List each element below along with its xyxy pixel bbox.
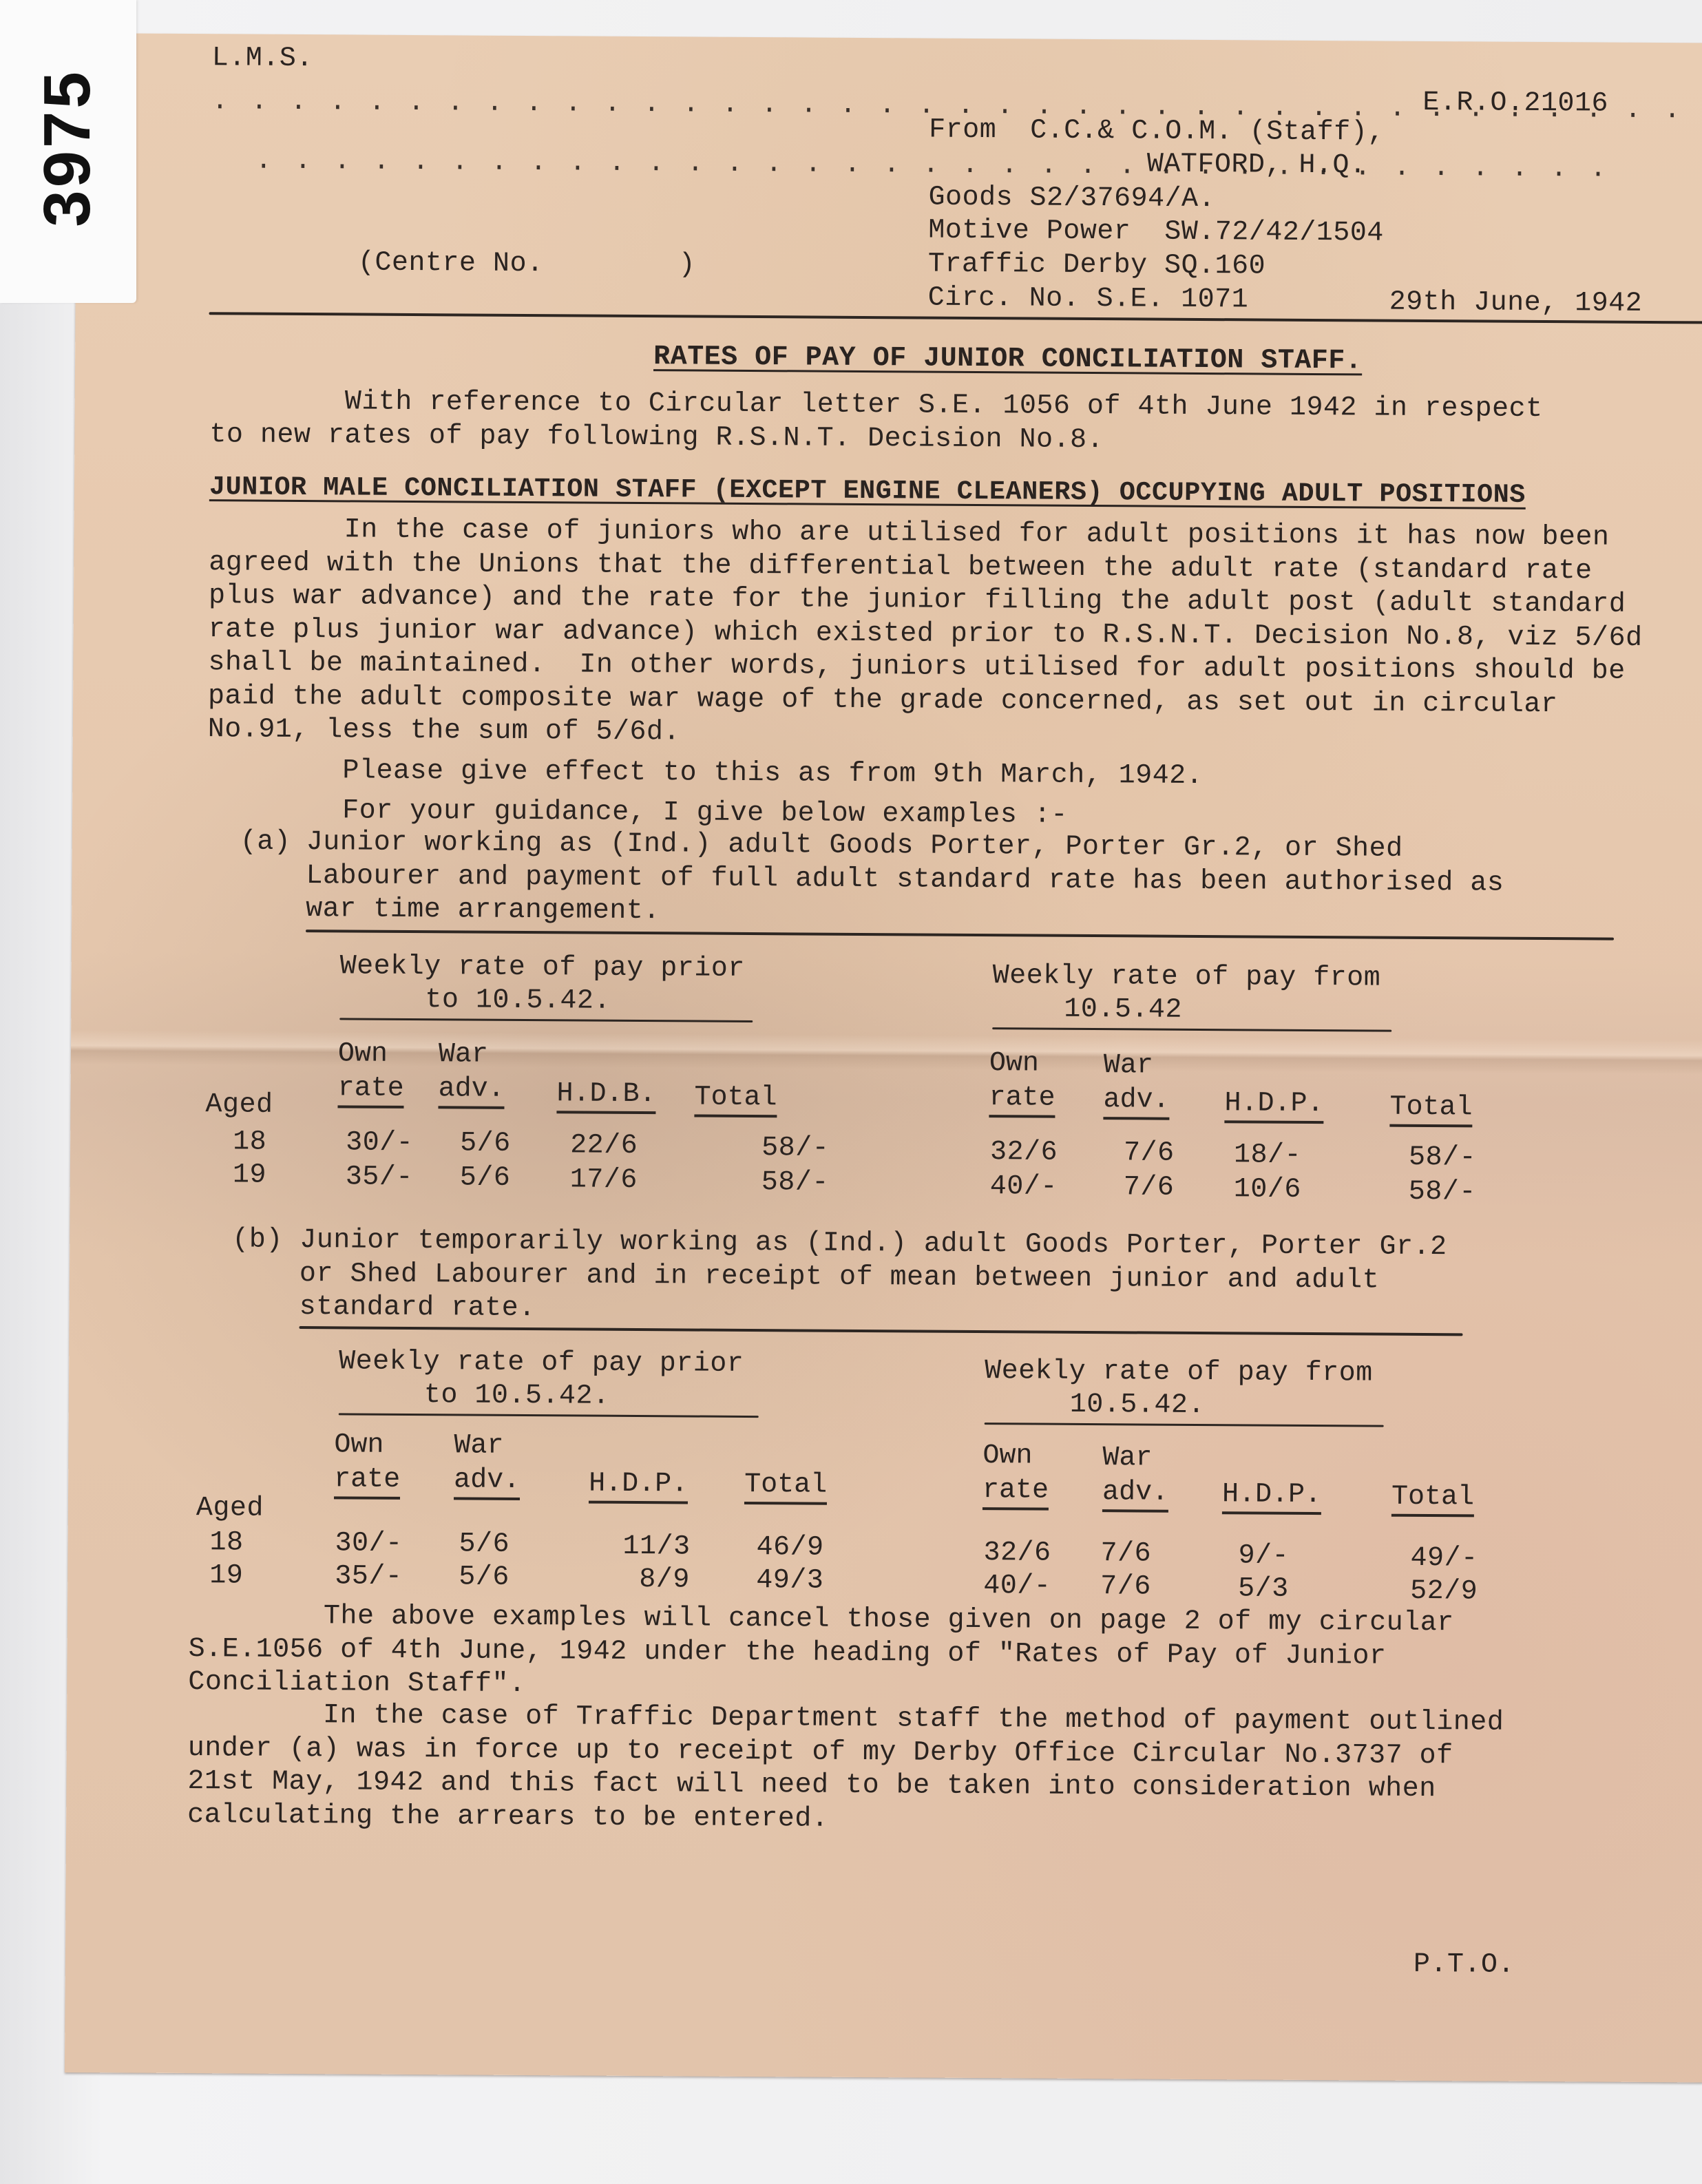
- example-b-description: Junior temporarily working as (Ind.) adu…: [300, 1224, 1447, 1332]
- table-cell: 7/6: [1100, 1571, 1151, 1604]
- body-line: paid the adult composite war wage of the…: [208, 681, 1558, 720]
- column-header: H.D.P.: [1222, 1479, 1321, 1515]
- example-b-line: standard rate.: [300, 1292, 536, 1324]
- catalogue-number: 3975: [30, 69, 105, 227]
- column-header: Own: [989, 1048, 1039, 1079]
- table-b-prior-col-own-rate: Own rate: [334, 1428, 401, 1498]
- table-cell: 8/9: [639, 1564, 690, 1597]
- table-b-from-heading-1: Weekly rate of pay from: [985, 1355, 1373, 1390]
- table-b-prior-col-war-adv: War adv.: [454, 1429, 521, 1498]
- example-a-line: Labourer and payment of full adult stand…: [306, 861, 1504, 899]
- body-paragraph: In the case of juniors who are utilised …: [208, 513, 1643, 755]
- table-a-from-heading-rule: [992, 1027, 1391, 1032]
- table-a-aged-label: Aged: [205, 1089, 273, 1122]
- table-cell: 32/6: [983, 1537, 1051, 1571]
- table-a-from-col-own-rate: Own rate: [989, 1047, 1055, 1116]
- table-b-from-col-total: Total: [1391, 1446, 1475, 1515]
- body-line: No.91, less the sum of 5/6d.: [208, 714, 680, 748]
- table-cell: 7/6: [1100, 1537, 1151, 1571]
- table-cell: 22/6: [570, 1129, 638, 1163]
- table-b-aged-label: Aged: [196, 1492, 264, 1526]
- column-header: Own: [334, 1429, 384, 1460]
- table-b-prior-heading-rule: [339, 1413, 759, 1418]
- table-cell: 35/-: [335, 1560, 402, 1594]
- effect-date-line: Please give effect to this as from 9th M…: [207, 754, 1203, 793]
- table-b-from-heading-rule: [985, 1422, 1384, 1427]
- table-cell: 30/-: [335, 1527, 402, 1561]
- example-b-line: Junior temporarily working as (Ind.) adu…: [300, 1225, 1447, 1263]
- intro-line: With reference to Circular letter S.E. 1…: [210, 386, 1543, 425]
- column-header: adv.: [438, 1073, 504, 1109]
- column-header: adv.: [1102, 1477, 1168, 1513]
- goods-reference: Goods S2/37694/A.: [928, 182, 1215, 217]
- from-line-1: From C.C.& C.O.M. (Staff),: [929, 114, 1385, 150]
- document-date: 29th June, 1942: [1389, 286, 1642, 321]
- example-b-marker: (b): [232, 1224, 283, 1257]
- table-cell: 18/-: [1234, 1139, 1301, 1173]
- table-cell: 35/-: [346, 1161, 413, 1195]
- table-cell: 5/6: [459, 1561, 509, 1594]
- please-turn-over: P.T.O.: [1414, 1949, 1515, 1982]
- column-header: adv.: [1103, 1084, 1169, 1120]
- column-header: rate: [989, 1082, 1055, 1118]
- table-a-prior-col-own-rate: Own rate: [337, 1037, 404, 1106]
- from-line-2: WATFORD, H.Q.: [1147, 148, 1367, 182]
- catalogue-tag: 3975: [0, 0, 136, 303]
- body-line: plus war advance) and the rate for the j…: [209, 580, 1626, 620]
- table-cell: 32/6: [990, 1136, 1058, 1170]
- column-header: H.D.P.: [1224, 1088, 1323, 1124]
- table-cell: 58/-: [1409, 1176, 1476, 1210]
- address-dotted-line-2: . . . . . . . . . . . . . . . . . . . . …: [255, 146, 1610, 185]
- example-a-line: war time arrangement.: [306, 894, 660, 927]
- section-heading: JUNIOR MALE CONCILIATION STAFF (EXCEPT E…: [209, 470, 1526, 512]
- motive-power-reference: Motive Power SW.72/42/1504: [928, 215, 1384, 251]
- closing-line: Conciliation Staff".: [188, 1667, 525, 1700]
- table-cell: 5/6: [460, 1162, 511, 1195]
- body-line: agreed with the Unions that the differen…: [209, 547, 1593, 587]
- column-header: War: [439, 1039, 488, 1070]
- table-cell: 49/3: [756, 1564, 823, 1598]
- table-cell: 49/-: [1410, 1542, 1478, 1576]
- intro-paragraph: With reference to Circular letter S.E. 1…: [209, 385, 1542, 460]
- column-header: Total: [694, 1082, 777, 1118]
- column-header: rate: [983, 1475, 1049, 1511]
- table-b-prior-col-hdp: H.D.P.: [589, 1433, 689, 1502]
- table-b-from-col-own-rate: Own rate: [983, 1439, 1049, 1509]
- column-header: Own: [338, 1038, 388, 1069]
- table-cell: 10/6: [1234, 1173, 1301, 1207]
- table-a-from-col-total: Total: [1389, 1056, 1473, 1126]
- table-a-prior-col-hdp: H.D.B.: [556, 1042, 656, 1112]
- circular-number: Circ. No. S.E. 1071: [928, 282, 1249, 317]
- column-header: War: [1102, 1442, 1152, 1473]
- table-cell: 5/3: [1238, 1573, 1289, 1606]
- table-a-age-18: 18: [233, 1126, 266, 1159]
- closing-line: S.E.1056 of 4th June, 1942 under the hea…: [189, 1634, 1387, 1672]
- column-header: Total: [744, 1469, 827, 1505]
- closing-line: The above examples will cancel those giv…: [189, 1600, 1454, 1639]
- closing-line: under (a) was in force up to receipt of …: [188, 1733, 1453, 1772]
- closing-paragraph-1: The above examples will cancel those giv…: [188, 1599, 1454, 1708]
- table-a-from-heading-1: Weekly rate of pay from: [993, 960, 1381, 995]
- table-b-prior-heading-1: Weekly rate of pay prior: [339, 1345, 744, 1381]
- table-a-prior-heading-2: to 10.5.42.: [425, 984, 611, 1018]
- closing-paragraph-2: In the case of Traffic Department staff …: [187, 1699, 1504, 1840]
- table-cell: 46/9: [756, 1531, 823, 1565]
- table-a-prior-heading-1: Weekly rate of pay prior: [340, 950, 745, 986]
- table-b-prior-heading-2: to 10.5.42.: [424, 1379, 610, 1414]
- example-b-line: or Shed Labourer and in receipt of mean …: [300, 1259, 1379, 1296]
- table-a-from-col-war-adv: War adv.: [1103, 1049, 1170, 1118]
- table-cell: 5/6: [459, 1528, 509, 1561]
- table-a-prior-heading-rule: [339, 1018, 753, 1022]
- closing-line: 21st May, 1942 and this fact will need t…: [187, 1766, 1436, 1805]
- column-header: rate: [334, 1464, 400, 1500]
- table-cell: 40/-: [983, 1570, 1051, 1604]
- table-b-prior-col-total: Total: [744, 1434, 828, 1503]
- column-header: adv.: [454, 1464, 520, 1500]
- table-cell: 52/9: [1410, 1575, 1478, 1609]
- ero-reference: E.R.O.21016: [1422, 87, 1608, 121]
- column-header: H.D.P.: [589, 1469, 688, 1504]
- table-cell: 30/-: [346, 1126, 413, 1160]
- body-line: rate plus junior war advance) which exis…: [209, 614, 1643, 654]
- table-cell: 9/-: [1238, 1540, 1289, 1573]
- body-line: In the case of juniors who are utilised …: [209, 514, 1609, 553]
- table-b-from-col-hdp: H.D.P.: [1222, 1443, 1322, 1513]
- table-cell: 58/-: [1409, 1142, 1476, 1175]
- column-header: Own: [983, 1440, 1032, 1471]
- column-header: War: [454, 1430, 503, 1461]
- table-b-age-19: 19: [209, 1560, 243, 1593]
- closing-line: In the case of Traffic Department staff …: [188, 1699, 1504, 1739]
- table-b-age-18: 18: [209, 1526, 243, 1560]
- table-cell: 5/6: [460, 1127, 511, 1160]
- column-header: War: [1104, 1050, 1153, 1081]
- table-b-from-heading-2: 10.5.42.: [1070, 1389, 1205, 1422]
- table-cell: 58/-: [761, 1166, 829, 1200]
- table-cell: 17/6: [570, 1164, 638, 1197]
- body-line: shall be maintained. In other words, jun…: [208, 647, 1626, 687]
- column-header: rate: [337, 1073, 403, 1109]
- table-b-from-col-war-adv: War adv.: [1102, 1441, 1169, 1511]
- intro-line: to new rates of pay following R.S.N.T. D…: [209, 419, 1104, 456]
- example-a-line: Junior working as (Ind.) adult Goods Por…: [306, 827, 1403, 865]
- example-a-description: Junior working as (Ind.) adult Goods Por…: [306, 826, 1504, 934]
- table-cell: 7/6: [1124, 1137, 1175, 1170]
- table-cell: 40/-: [990, 1170, 1058, 1204]
- column-header: Total: [1391, 1482, 1474, 1518]
- centre-no-label: (Centre No. ): [358, 246, 695, 282]
- table-a-from-col-hdp: H.D.P.: [1224, 1052, 1324, 1122]
- column-header: H.D.B.: [556, 1078, 655, 1114]
- document-title: RATES OF PAY OF JUNIOR CONCILIATION STAF…: [653, 341, 1362, 378]
- closing-line: calculating the arrears to be entered.: [187, 1800, 828, 1835]
- column-header: Total: [1389, 1092, 1472, 1128]
- document-page: L.M.S. . . . . . . . . . . . . . . . . .…: [65, 33, 1702, 2082]
- traffic-reference: Traffic Derby SQ.160: [928, 249, 1265, 284]
- company-name: L.M.S.: [212, 42, 313, 76]
- table-a-prior-col-war-adv: War adv.: [438, 1038, 505, 1107]
- example-a-marker: (a): [240, 826, 291, 859]
- table-cell: 58/-: [761, 1132, 829, 1166]
- table-a-from-heading-2: 10.5.42: [1064, 994, 1182, 1027]
- table-cell: 11/3: [622, 1531, 690, 1564]
- table-a-prior-col-total: Total: [694, 1047, 777, 1116]
- table-a-age-19: 19: [233, 1159, 266, 1192]
- table-cell: 7/6: [1124, 1171, 1175, 1204]
